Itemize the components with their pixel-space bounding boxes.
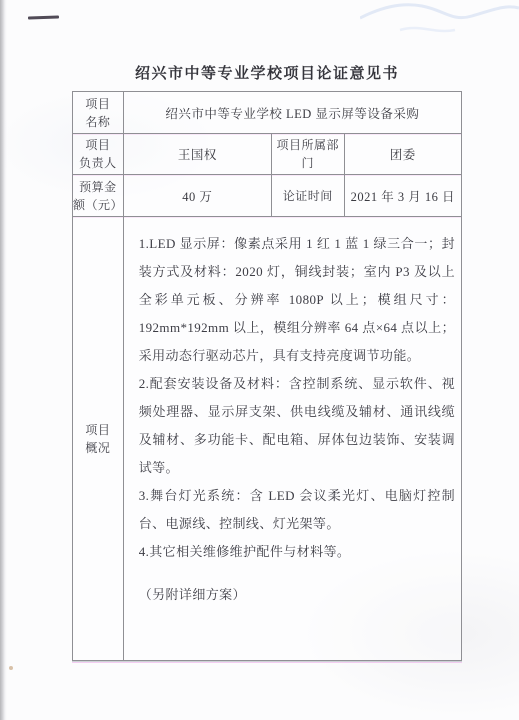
project-name-label: 项目 名称 <box>73 92 124 133</box>
row-project-name: 项目 名称 绍兴市中等专业学校 LED 显示屏等设备采购 <box>73 92 461 134</box>
department-label: 项目所属部门 <box>272 134 345 174</box>
overview-paragraph-3: 3.舞台灯光系统：含 LED 会议柔光灯、电脑灯控制台、电源线、控制线、灯光架等… <box>139 482 455 538</box>
overview-paragraph-2: 2.配套安装设备及材料：含控制系统、显示软件、视频处理器、显示屏支架、供电线缆及… <box>139 370 455 482</box>
title-area: 绍兴市中等专业学校项目论证意见书 <box>72 62 462 83</box>
row-overview: 项目 概况 1.LED 显示屏：像素点采用 1 红 1 蓝 1 绿三合一；封装方… <box>73 217 461 660</box>
scan-crease-lines <box>360 0 519 60</box>
leader-label: 项目 负责人 <box>73 134 124 174</box>
department-value: 团委 <box>345 134 461 174</box>
leader-value: 王国权 <box>124 134 272 174</box>
overview-label: 项目 概况 <box>73 217 124 660</box>
scanned-document-page: 绍兴市中等专业学校项目论证意见书 项目 名称 绍兴市中等专业学校 LED 显示屏… <box>0 0 519 720</box>
scan-edge-shadow <box>0 0 7 720</box>
budget-value: 40 万 <box>124 175 272 216</box>
project-name-value: 绍兴市中等专业学校 LED 显示屏等设备采购 <box>124 92 461 133</box>
overview-paragraph-1: 1.LED 显示屏：像素点采用 1 红 1 蓝 1 绿三合一；封装方式及材料：2… <box>139 230 455 370</box>
doc-table: 项目 名称 绍兴市中等专业学校 LED 显示屏等设备采购 项目 负责人 王国权 … <box>72 91 462 661</box>
review-time-value: 2021 年 3 月 16 日 <box>345 175 461 216</box>
scan-mark-dash <box>28 15 59 19</box>
scan-speck <box>9 666 13 670</box>
overview-content: 1.LED 显示屏：像素点采用 1 红 1 蓝 1 绿三合一；封装方式及材料：2… <box>124 217 461 660</box>
page-title: 绍兴市中等专业学校项目论证意见书 <box>135 65 399 82</box>
budget-label: 预算金 额（元） <box>73 175 124 216</box>
overview-paragraph-4: 4.其它相关维修维护配件与材料等。 <box>139 538 455 566</box>
overview-note: （另附详细方案） <box>139 581 455 609</box>
row-budget: 预算金 额（元） 40 万 论证时间 2021 年 3 月 16 日 <box>73 175 461 217</box>
row-leader: 项目 负责人 王国权 项目所属部门 团委 <box>73 134 461 175</box>
review-time-label: 论证时间 <box>272 175 345 216</box>
